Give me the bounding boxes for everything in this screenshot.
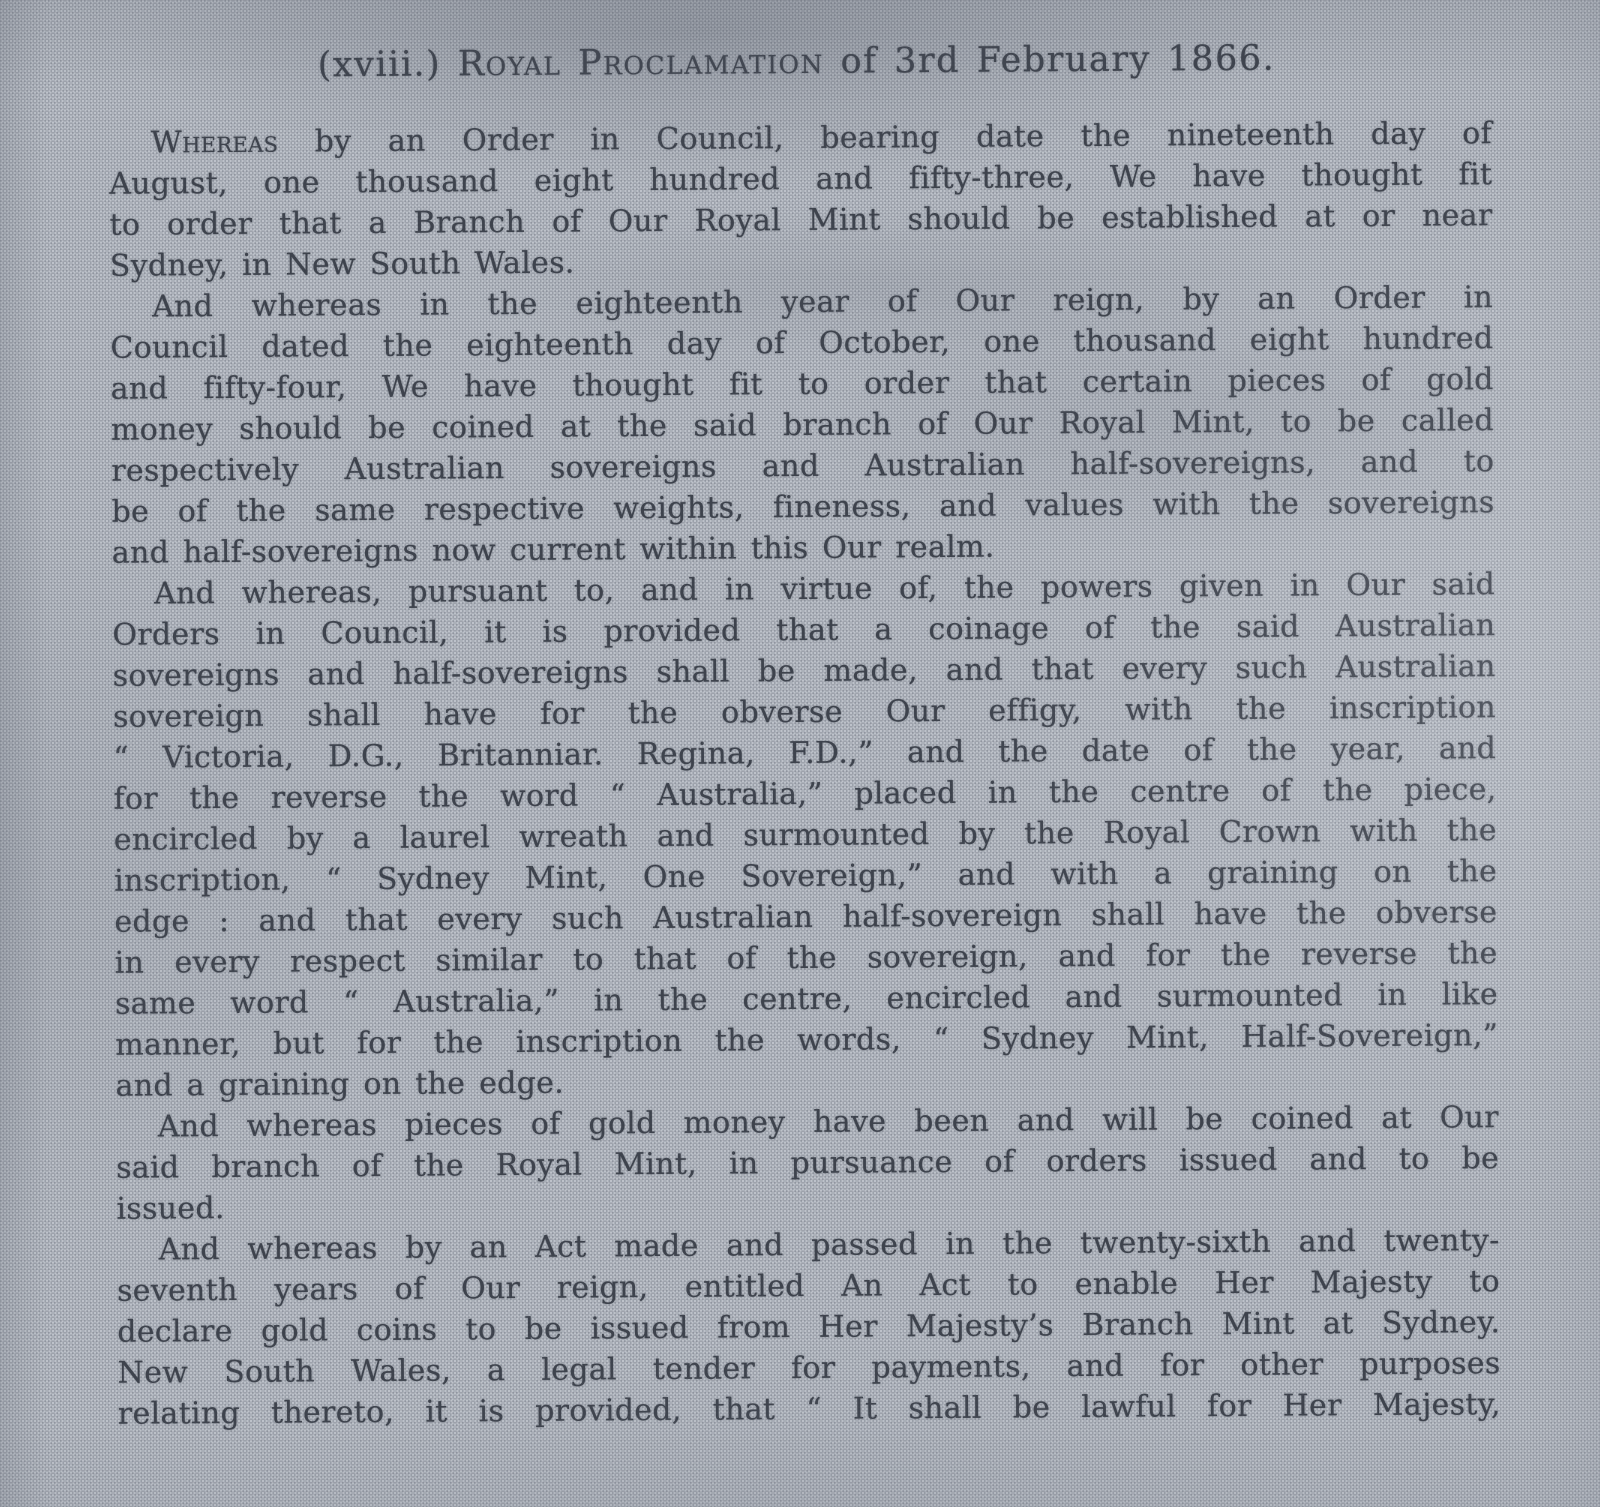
page-content: (xviii.) Royal Proclamation of 3rd Febru…	[0, 0, 1600, 1436]
title-main: Royal Proclamation	[458, 42, 824, 85]
scanned-document-page: (xviii.) Royal Proclamation of 3rd Febru…	[0, 0, 1600, 1507]
text-line: relating thereto, it is provided, that “…	[118, 1384, 1501, 1435]
lead-word: Whereas	[151, 125, 279, 161]
paragraph: And whereas, pursuant to, and in virtue …	[112, 564, 1499, 1107]
title-date: of 3rd February 1866.	[824, 39, 1276, 82]
paragraph: Whereas by an Order in Council, bearing …	[109, 113, 1493, 287]
paragraph: And whereas by an Act made and passed in…	[117, 1220, 1501, 1435]
paragraph: And whereas pieces of gold money have be…	[116, 1097, 1500, 1230]
line-text: by an Order in Council, bearing date the…	[315, 116, 1492, 159]
title-index: (xviii.)	[318, 44, 458, 85]
paragraph: And whereas in the eighteenth year of Ou…	[110, 277, 1495, 574]
document-body: Whereas by an Order in Council, bearing …	[109, 113, 1501, 1435]
document-title: (xviii.) Royal Proclamation of 3rd Febru…	[16, 37, 1576, 88]
